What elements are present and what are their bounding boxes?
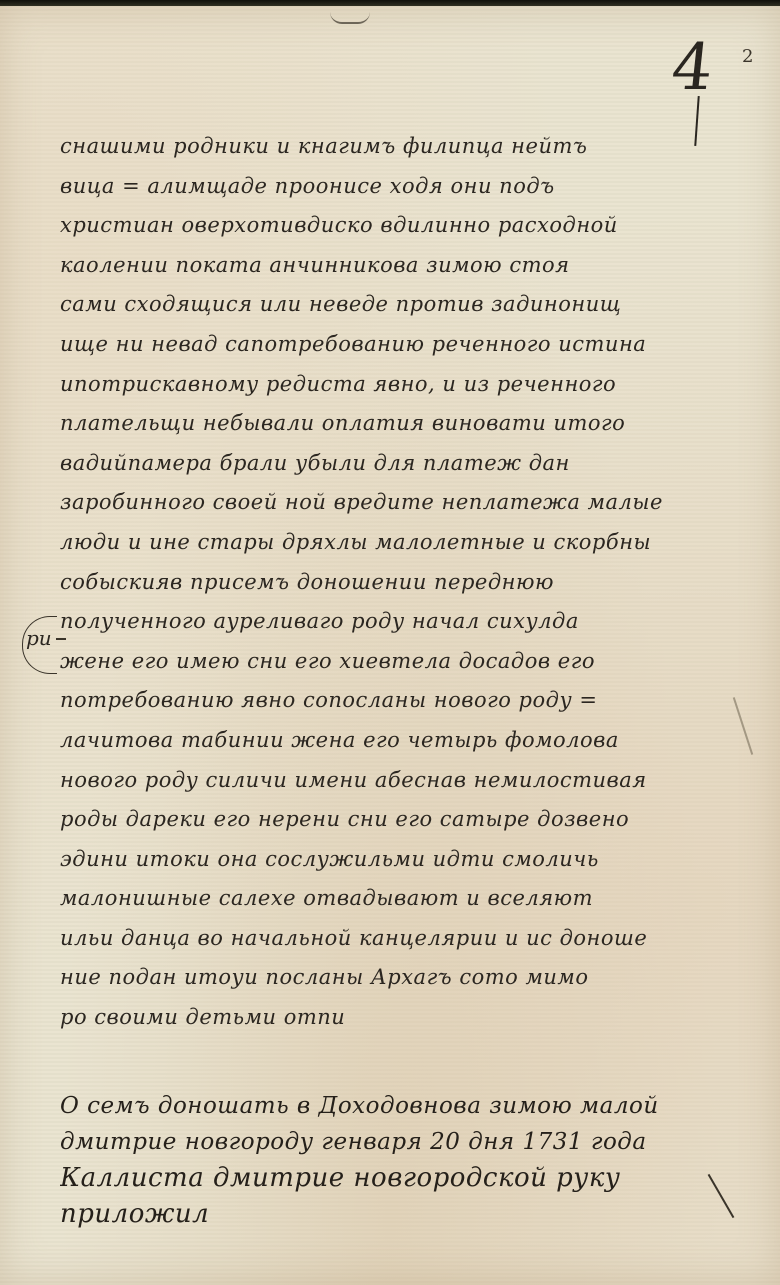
text-line: лачитова табинии жена его четырь фомолов…: [60, 720, 700, 760]
text-line: ипотрискавному редиста явно, и из реченн…: [60, 364, 700, 404]
signature: приложил: [60, 1196, 700, 1232]
text-line: потребованию явно сопосланы нового роду …: [60, 680, 700, 720]
folio-superscript: 2: [742, 46, 753, 67]
text-line: полученного ауреливаго роду начал сихулд…: [60, 601, 700, 641]
text-line: ние подан итоуи посланы Архагъ сото мимо: [60, 957, 700, 997]
closing-line: О семъ доношать в Доходовнова зимою мало…: [60, 1088, 700, 1124]
text-line: ильи данца во начальной канцелярии и ис …: [60, 918, 700, 958]
folio-number: 4: [669, 36, 716, 100]
text-line: сами сходящися или неведе против задинон…: [60, 284, 700, 324]
text-line: снашими родники и кнагимъ филипца нейтъ: [60, 126, 700, 166]
text-line: собыскияв присемъ доношении переднюю: [60, 562, 700, 602]
text-line: каолении поката анчинникова зимою стоя: [60, 245, 700, 285]
text-line: эдини итоки она сослужильми идти смоличь: [60, 839, 700, 879]
closing-line-date: дмитрие новгороду генваря 20 дня 1731 го…: [60, 1124, 700, 1160]
text-line: ро своими детьми отпи: [60, 997, 700, 1037]
body-text: снашими родники и кнагимъ филипца нейтъ …: [60, 126, 700, 1037]
text-line: заробинного своей ной вредите неплатежа …: [60, 482, 700, 522]
text-line: плательщи небывали оплатия виновати итог…: [60, 403, 700, 443]
margin-note: ри: [26, 626, 52, 650]
margin-connector: [56, 638, 66, 640]
text-line: ище ни невад сапотребованию реченного ис…: [60, 324, 700, 364]
closing-attestation: О семъ доношать в Доходовнова зимою мало…: [60, 1088, 700, 1232]
closing-line-signatory: Каллиста дмитрие новгородской руку: [60, 1160, 700, 1196]
text-line: вадийпамера брали убыли для платеж дан: [60, 443, 700, 483]
manuscript-page: 4 2 снашими родники и кнагимъ филипца не…: [0, 6, 780, 1285]
text-line: жене его имею сни его хиевтела досадов е…: [60, 641, 700, 681]
text-line: христиан оверхотивдиско вдилинно расходн…: [60, 205, 700, 245]
text-line: вица = алимщаде проонисе ходя они подъ: [60, 166, 700, 206]
text-line: малонишные салехе отвадывают и вселяют: [60, 878, 700, 918]
text-line: люди и ине стары дряхлы малолетные и ско…: [60, 522, 700, 562]
ink-stroke-right: [708, 1174, 735, 1218]
pencil-mark: [733, 697, 753, 755]
text-line: нового роду силичи имени абеснав немилос…: [60, 760, 700, 800]
ink-mark-top: [330, 12, 370, 24]
text-line: роды дареки его нерени сни его сатыре до…: [60, 799, 700, 839]
